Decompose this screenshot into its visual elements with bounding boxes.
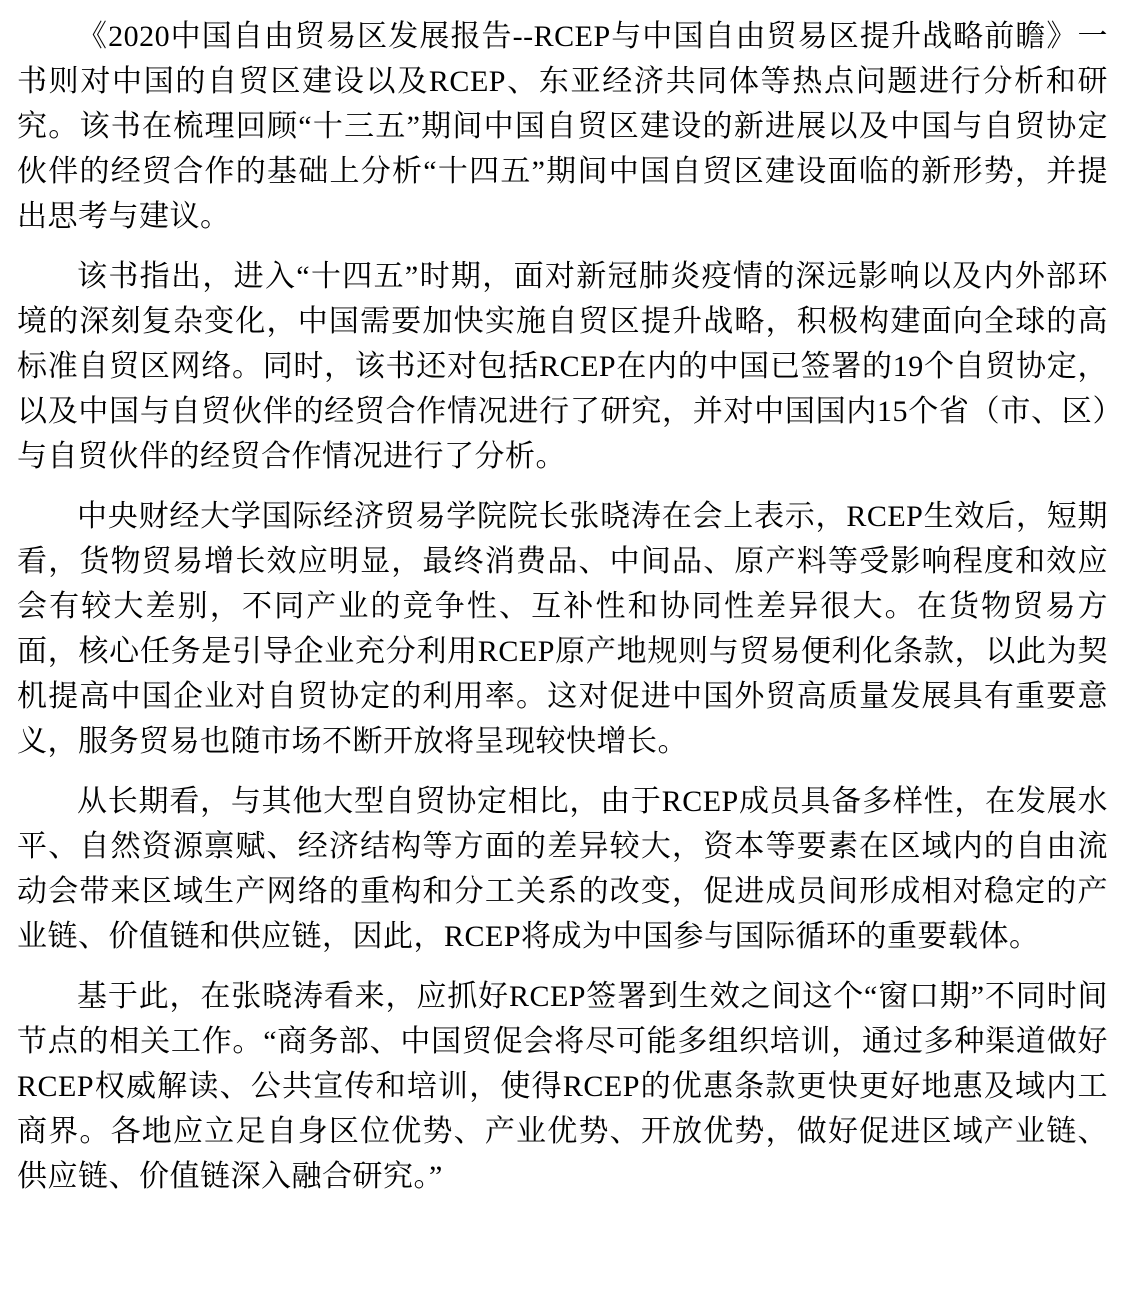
paragraph-window-period-quote: 基于此，在张晓涛看来，应抓好RCEP签署到生效之间这个“窗口期”不同时间节点的相… [17, 974, 1108, 1199]
paragraph-zhangxiaotao-short-term: 中央财经大学国际经济贸易学院院长张晓涛在会上表示，RCEP生效后，短期看，货物贸… [17, 494, 1108, 764]
article-body: 《2020中国自由贸易区发展报告--RCEP与中国自由贸易区提升战略前瞻》一书则… [17, 14, 1108, 1199]
paragraph-book-findings: 该书指出，进入“十四五”时期，面对新冠肺炎疫情的深远影响以及内外部环境的深刻复杂… [17, 254, 1108, 479]
document-page: 《2020中国自由贸易区发展报告--RCEP与中国自由贸易区提升战略前瞻》一书则… [0, 0, 1138, 1298]
paragraph-book-overview: 《2020中国自由贸易区发展报告--RCEP与中国自由贸易区提升战略前瞻》一书则… [17, 14, 1108, 239]
paragraph-long-term-view: 从长期看，与其他大型自贸协定相比，由于RCEP成员具备多样性，在发展水平、自然资… [17, 779, 1108, 959]
